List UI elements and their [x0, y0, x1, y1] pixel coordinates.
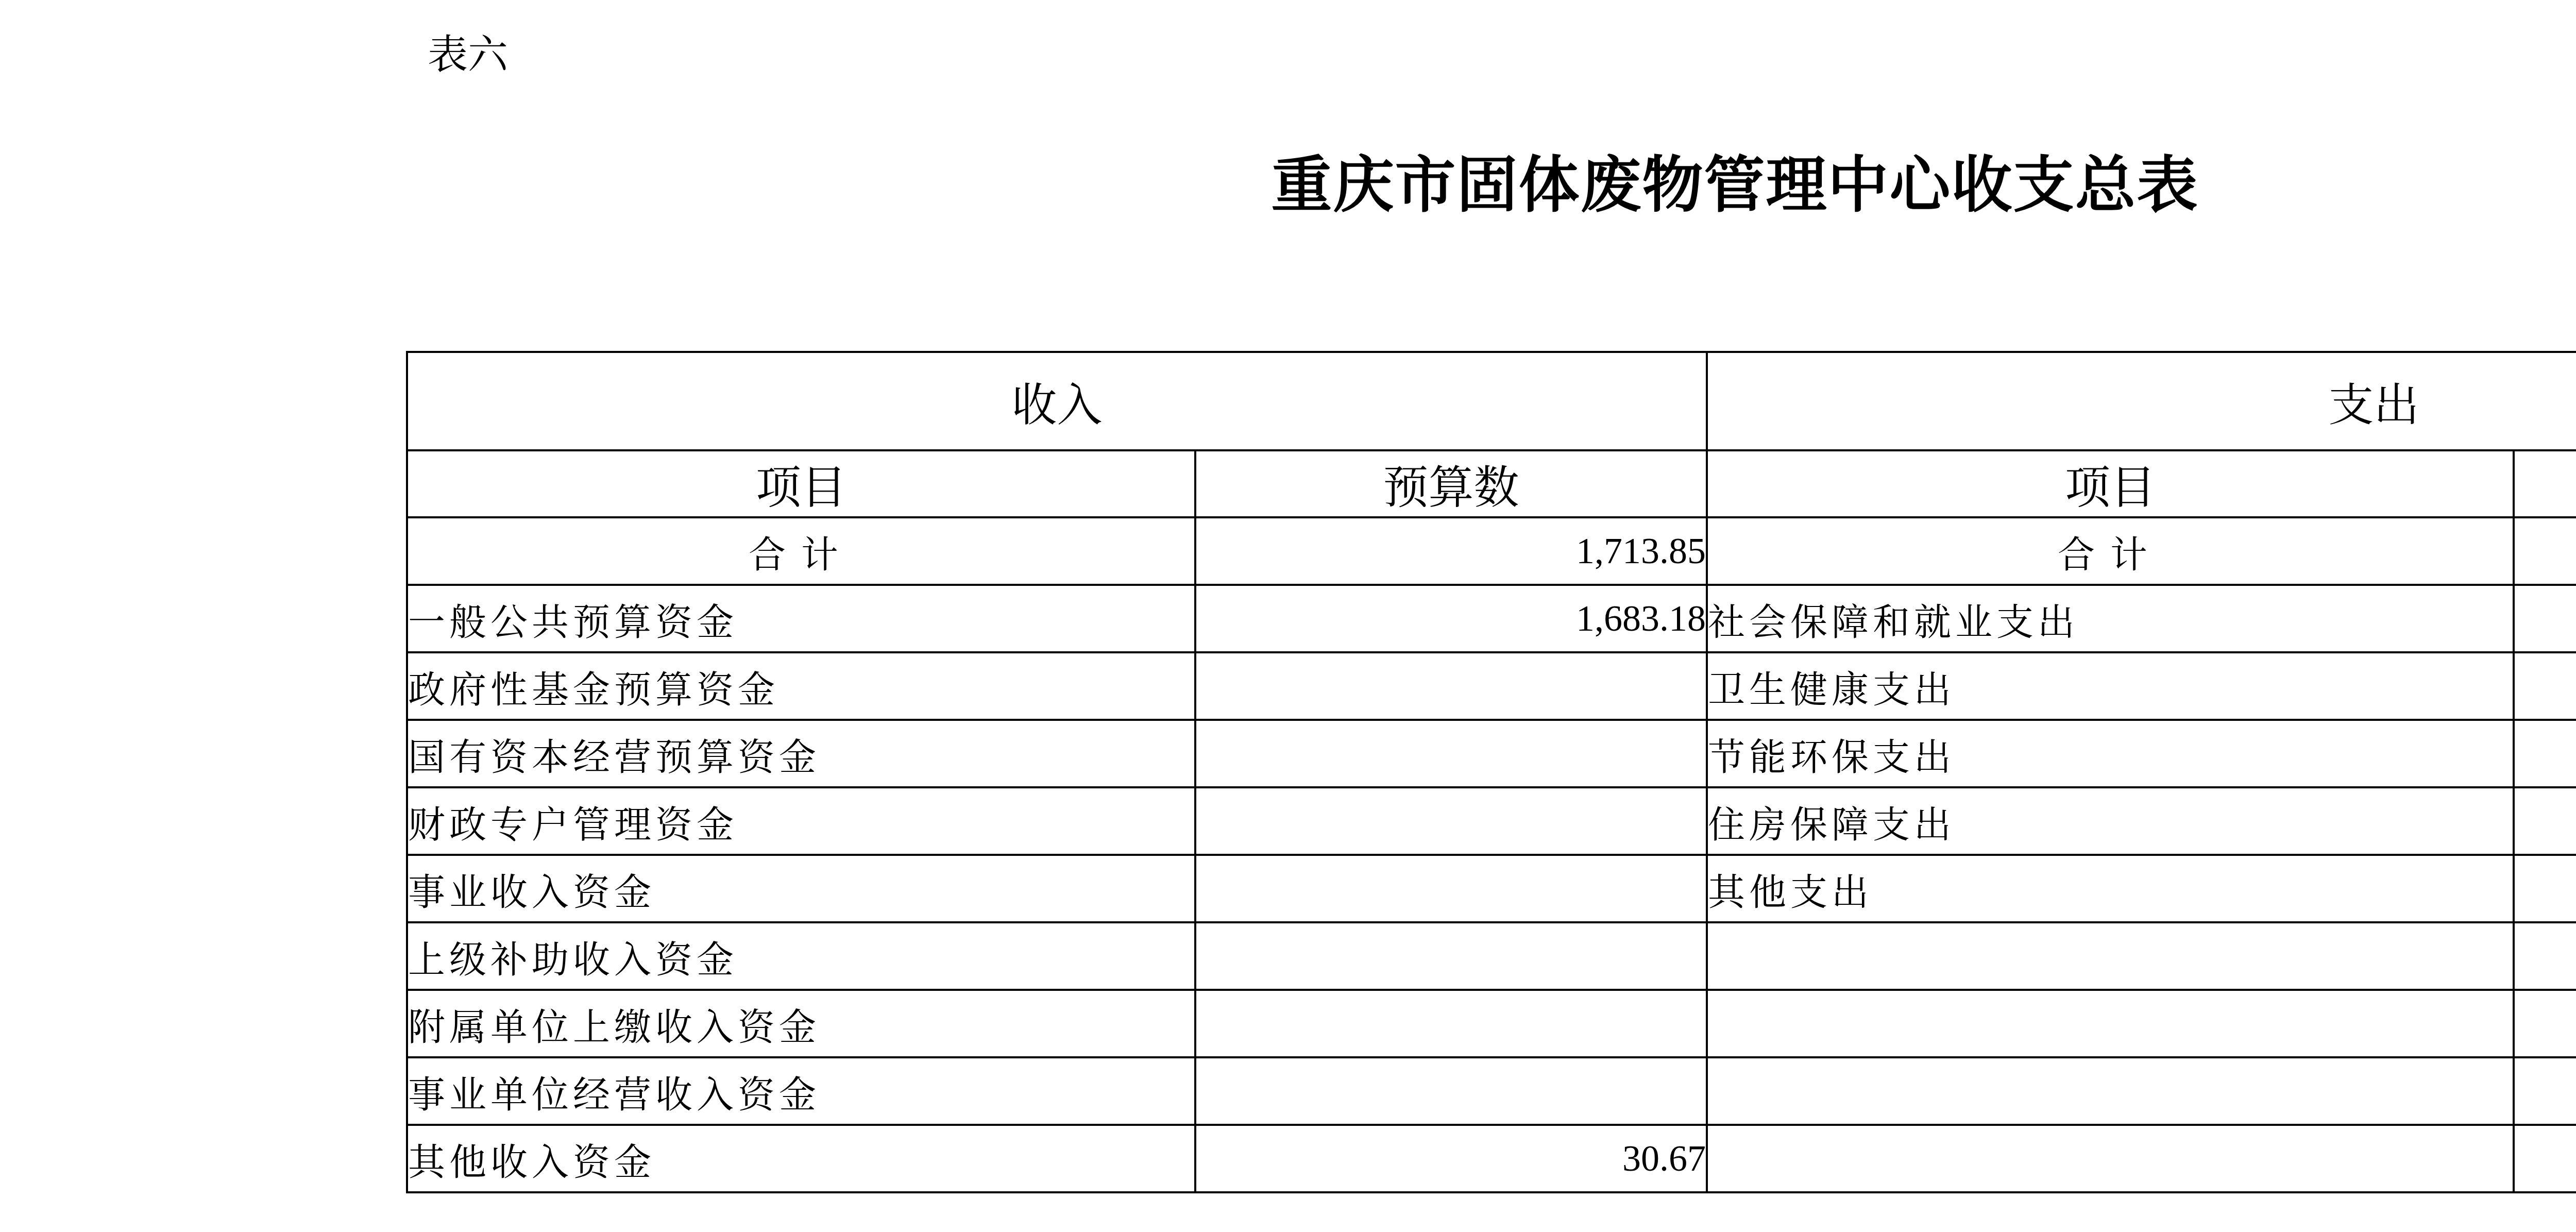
income-expense-table: 收入 支出 项目 预算数 项目 预算数 合计 1,713.85 合计 1,713…	[406, 351, 2576, 1193]
income-amount-cell	[1195, 720, 1707, 787]
income-amount-cell	[1195, 855, 1707, 922]
income-amount-column-header: 预算数	[1195, 450, 1707, 517]
table-number: 表六	[428, 35, 508, 75]
income-item-cell: 财政专户管理资金	[407, 787, 1195, 855]
income-amount-cell: 1,713.85	[1195, 517, 1707, 585]
expense-item-cell: 住房保障支出	[1707, 787, 2514, 855]
income-item-cell: 其他收入资金	[407, 1125, 1195, 1192]
income-item-cell: 事业单位经营收入资金	[407, 1057, 1195, 1125]
table-row-total: 合计 1,713.85 合计 1,713.85	[407, 517, 2576, 585]
income-item-cell: 一般公共预算资金	[407, 585, 1195, 652]
expense-amount-cell: 1,568.45	[2514, 720, 2576, 787]
expense-item-cell: 节能环保支出	[1707, 720, 2514, 787]
table-row: 事业单位经营收入资金	[407, 1057, 2576, 1125]
expense-item-cell	[1707, 990, 2514, 1057]
income-item-cell: 事业收入资金	[407, 855, 1195, 922]
expense-item-cell: 其他支出	[1707, 855, 2514, 922]
expense-section-header: 支出	[1707, 352, 2576, 450]
expense-amount-column-header: 预算数	[2514, 450, 2576, 517]
table-row: 国有资本经营预算资金 节能环保支出 1,568.45	[407, 720, 2576, 787]
expense-item-cell	[1707, 1057, 2514, 1125]
expense-amount-cell: 30.67	[2514, 855, 2576, 922]
income-item-cell: 国有资本经营预算资金	[407, 720, 1195, 787]
income-amount-cell	[1195, 787, 1707, 855]
table-row: 一般公共预算资金 1,683.18 社会保障和就业支出 58.77	[407, 585, 2576, 652]
expense-amount-cell	[2514, 990, 2576, 1057]
expense-amount-cell	[2514, 922, 2576, 990]
expense-amount-cell: 1,713.85	[2514, 517, 2576, 585]
expense-item-column-header: 项目	[1707, 450, 2514, 517]
income-amount-cell: 1,683.18	[1195, 585, 1707, 652]
income-amount-cell	[1195, 990, 1707, 1057]
expense-item-cell: 卫生健康支出	[1707, 652, 2514, 720]
income-item-cell: 合计	[407, 517, 1195, 585]
income-amount-cell: 30.67	[1195, 1125, 1707, 1192]
income-item-cell: 附属单位上缴收入资金	[407, 990, 1195, 1057]
income-item-column-header: 项目	[407, 450, 1195, 517]
expense-amount-cell: 27.34	[2514, 652, 2576, 720]
table-row: 事业收入资金 其他支出 30.67	[407, 855, 2576, 922]
expense-item-cell	[1707, 922, 2514, 990]
section-header-row: 收入 支出	[407, 352, 2576, 450]
table-row: 政府性基金预算资金 卫生健康支出 27.34	[407, 652, 2576, 720]
column-header-row: 项目 预算数 项目 预算数	[407, 450, 2576, 517]
income-section-header: 收入	[407, 352, 1707, 450]
table-row: 其他收入资金 30.67	[407, 1125, 2576, 1192]
income-item-cell: 政府性基金预算资金	[407, 652, 1195, 720]
income-amount-cell	[1195, 652, 1707, 720]
expense-amount-cell	[2514, 1125, 2576, 1192]
expense-amount-cell	[2514, 1057, 2576, 1125]
expense-amount-cell: 58.77	[2514, 585, 2576, 652]
table-row: 财政专户管理资金 住房保障支出 28.62	[407, 787, 2576, 855]
table-row: 附属单位上缴收入资金	[407, 990, 2576, 1057]
page-title: 重庆市固体废物管理中心收支总表	[0, 155, 2576, 215]
income-item-cell: 上级补助收入资金	[407, 922, 1195, 990]
expense-amount-cell: 28.62	[2514, 787, 2576, 855]
expense-item-cell: 社会保障和就业支出	[1707, 585, 2514, 652]
income-amount-cell	[1195, 922, 1707, 990]
expense-item-cell: 合计	[1707, 517, 2514, 585]
expense-item-cell	[1707, 1125, 2514, 1192]
table-row: 上级补助收入资金	[407, 922, 2576, 990]
income-amount-cell	[1195, 1057, 1707, 1125]
